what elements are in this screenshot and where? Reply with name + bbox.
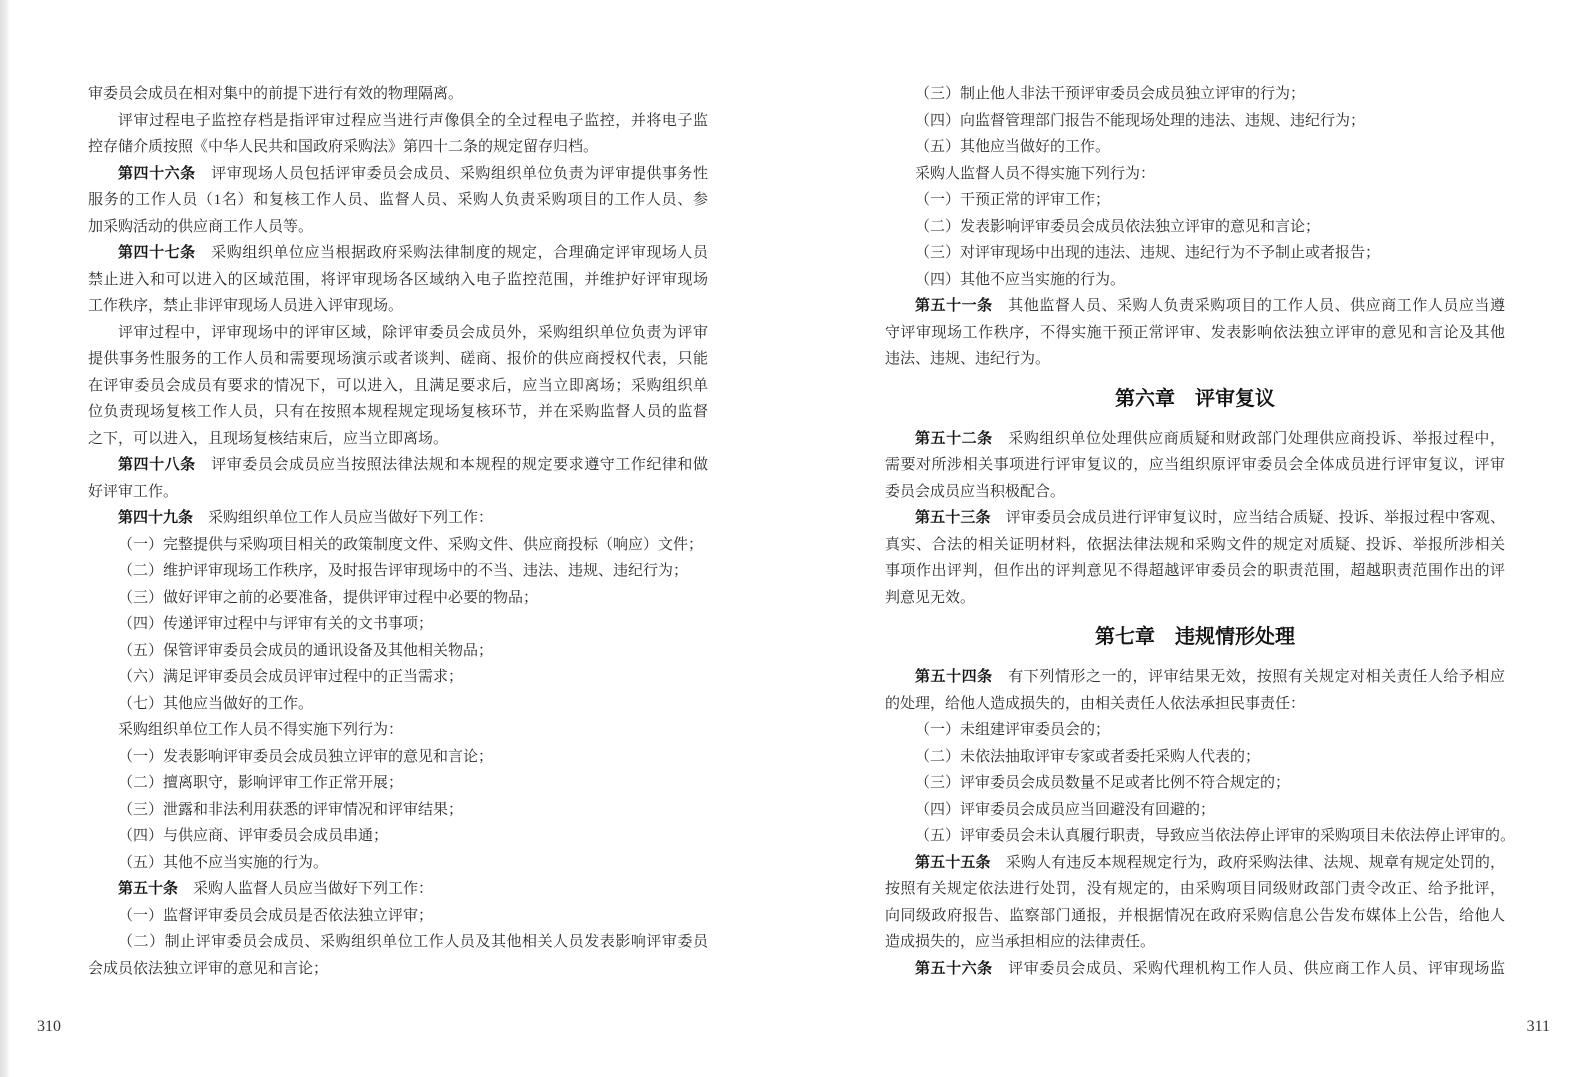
text-line: 向同级政府报告、监察部门通报，并根据情况在政府采购信息公告发布媒体上公告，给他人: [885, 903, 1505, 930]
text-line: 工作秩序，禁止非评审现场人员进入评审现场。: [88, 293, 708, 320]
text-line: （二）维护评审现场工作秩序，及时报告评审现场中的不当、违法、违规、违纪行为；: [88, 558, 708, 585]
text-line: 第五十三条 评审委员会成员进行评审复议时，应当结合质疑、投诉、举报过程中客观、: [885, 505, 1505, 532]
text-line: 第五十二条 采购组织单位处理供应商质疑和财政部门处理供应商投诉、举报过程中，: [885, 426, 1505, 453]
text-line: 造成损失的，应当承担相应的法律责任。: [885, 929, 1505, 956]
text-line: 第五十条 采购人监督人员应当做好下列工作：: [88, 876, 708, 903]
article-number: 第五十五条: [915, 854, 991, 871]
chapter-heading: 第七章 违规情形处理: [885, 611, 1505, 664]
text-line: （一）监督评审委员会成员是否依法独立评审；: [88, 903, 708, 930]
text-line: 判意见无效。: [885, 585, 1505, 612]
text-line: 的处理，给他人造成损失的，由相关责任人依法承担民事责任：: [885, 691, 1505, 718]
text-line: 审委员会成员在相对集中的前提下进行有效的物理隔离。: [88, 81, 708, 108]
text-line: 加采购活动的供应商工作人员等。: [88, 214, 708, 241]
text-line: （五）评审委员会未认真履行职责，导致应当依法停止评审的采购项目未依法停止评审的。: [885, 823, 1505, 850]
text-line: 第四十八条 评审委员会成员应当按照法律法规和本规程的规定要求遵守工作纪律和做: [88, 452, 708, 479]
text-line: （二）制止评审委员会成员、采购组织单位工作人员及其他相关人员发表影响评审委员: [88, 929, 708, 956]
text-line: 第五十五条 采购人有违反本规程规定行为，政府采购法律、法规、规章有规定处罚的，: [885, 850, 1505, 877]
text-line: 评审过程中，评审现场中的评审区域，除评审委员会成员外，采购组织单位负责为评审: [88, 320, 708, 347]
text-line: （三）制止他人非法干预评审委员会成员独立评审的行为；: [885, 81, 1505, 108]
text-line: （四）向监督管理部门报告不能现场处理的违法、违规、违纪行为；: [885, 108, 1505, 135]
text-line: （二）未依法抽取评审专家或者委托采购人代表的；: [885, 744, 1505, 771]
text-line: （三）泄露和非法利用获悉的评审情况和评审结果；: [88, 797, 708, 824]
text-line: （四）评审委员会成员应当回避没有回避的；: [885, 797, 1505, 824]
text-line: （四）与供应商、评审委员会成员串通；: [88, 823, 708, 850]
text-line: 真实、合法的相关证明材料，依据法律法规和采购文件的规定对质疑、投诉、举报所涉相关: [885, 532, 1505, 559]
page-right-text-column: （三）制止他人非法干预评审委员会成员独立评审的行为；（四）向监督管理部门报告不能…: [885, 81, 1505, 982]
text-line: 第四十六条 评审现场人员包括评审委员会成员、采购组织单位负责为评审提供事务性: [88, 161, 708, 188]
text-line: 第四十七条 采购组织单位应当根据政府采购法律制度的规定，合理确定评审现场人员: [88, 240, 708, 267]
text-line: 采购人监督人员不得实施下列行为：: [885, 161, 1505, 188]
chapter-heading: 第六章 评审复议: [885, 373, 1505, 426]
text-line: 在评审委员会成员有要求的情况下，可以进入，且满足要求后，应当立即离场；采购组织单: [88, 373, 708, 400]
article-number: 第四十六条: [118, 165, 196, 182]
text-line: 事项作出评判，但作出的评判意见不得超越评审委员会的职责范围，超越职责范围作出的评: [885, 558, 1505, 585]
text-line: 按照有关规定依法进行处罚，没有规定的，由采购项目同级财政部门责令改正、给予批评，: [885, 876, 1505, 903]
article-number: 第五十一条: [915, 297, 993, 314]
text-line: 违法、违规、违纪行为。: [885, 346, 1505, 373]
article-number: 第五十条: [118, 880, 178, 897]
text-line: （四）传递评审过程中与评审有关的文书事项；: [88, 611, 708, 638]
text-line: 采购组织单位工作人员不得实施下列行为：: [88, 717, 708, 744]
text-line: 服务的工作人员（1名）和复核工作人员、监督人员、采购人负责采购项目的工作人员、参: [88, 187, 708, 214]
article-number: 第五十二条: [915, 430, 993, 447]
text-line: （一）干预正常的评审工作；: [885, 187, 1505, 214]
text-line: 禁止进入和可以进入的区域范围，将评审现场各区域纳入电子监控范围，并维护好评审现场: [88, 267, 708, 294]
text-line: （一）未组建评审委员会的；: [885, 717, 1505, 744]
text-line: 第五十六条 评审委员会成员、采购代理机构工作人员、供应商工作人员、评审现场监: [885, 956, 1505, 983]
text-line: （二）擅离职守，影响评审工作正常开展；: [88, 770, 708, 797]
text-line: （三）做好评审之前的必要准备，提供评审过程中必要的物品；: [88, 585, 708, 612]
text-line: （五）保管评审委员会成员的通讯设备及其他相关物品；: [88, 638, 708, 665]
text-line: （三）评审委员会成员数量不足或者比例不符合规定的；: [885, 770, 1505, 797]
page-edge-shading: [0, 0, 10, 1077]
text-line: 好评审工作。: [88, 479, 708, 506]
text-line: 需要对所涉相关事项进行评审复议的，应当组织原评审委员会全体成员进行评审复议，评审: [885, 452, 1505, 479]
page-number-right: 311: [1527, 1018, 1550, 1036]
text-line: 之下，可以进入，且现场复核结束后，应当立即离场。: [88, 426, 708, 453]
text-line: （七）其他应当做好的工作。: [88, 691, 708, 718]
text-line: 评审过程电子监控存档是指评审过程应当进行声像俱全的全过程电子监控，并将电子监: [88, 108, 708, 135]
text-line: （六）满足评审委员会成员评审过程中的正当需求；: [88, 664, 708, 691]
text-line: 第五十一条 其他监督人员、采购人负责采购项目的工作人员、供应商工作人员应当遵: [885, 293, 1505, 320]
text-line: （一）完整提供与采购项目相关的政策制度文件、采购文件、供应商投标（响应）文件；: [88, 532, 708, 559]
article-number: 第四十七条: [118, 244, 196, 261]
text-line: 提供事务性服务的工作人员和需要现场演示或者谈判、磋商、报价的供应商授权代表，只能: [88, 346, 708, 373]
text-line: 位负责现场复核工作人员，只有在按照本规程规定现场复核环节，并在采购监督人员的监督: [88, 399, 708, 426]
text-line: （三）对评审现场中出现的违法、违规、违纪行为不予制止或者报告；: [885, 240, 1505, 267]
article-number: 第四十八条: [118, 456, 196, 473]
book-spread: 审委员会成员在相对集中的前提下进行有效的物理隔离。评审过程电子监控存档是指评审过…: [0, 0, 1587, 1077]
page-left-text-column: 审委员会成员在相对集中的前提下进行有效的物理隔离。评审过程电子监控存档是指评审过…: [88, 81, 708, 982]
text-line: （二）发表影响评审委员会成员依法独立评审的意见和言论；: [885, 214, 1505, 241]
article-number: 第五十四条: [915, 668, 993, 685]
page-number-left: 310: [37, 1018, 61, 1036]
article-number: 第五十六条: [915, 960, 993, 977]
article-number: 第五十三条: [915, 509, 991, 526]
text-line: 控存储介质按照《中华人民共和国政府采购法》第四十二条的规定留存归档。: [88, 134, 708, 161]
article-number: 第四十九条: [118, 509, 193, 526]
text-line: （五）其他不应当实施的行为。: [88, 850, 708, 877]
text-line: 第五十四条 有下列情形之一的，评审结果无效，按照有关规定对相关责任人给予相应: [885, 664, 1505, 691]
text-line: 守评审现场工作秩序，不得实施干预正常评审、发表影响依法独立评审的意见和言论及其他: [885, 320, 1505, 347]
text-line: 会成员依法独立评审的意见和言论；: [88, 956, 708, 983]
text-line: 委员会成员应当积极配合。: [885, 479, 1505, 506]
text-line: （五）其他应当做好的工作。: [885, 134, 1505, 161]
text-line: （一）发表影响评审委员会成员独立评审的意见和言论；: [88, 744, 708, 771]
text-line: （四）其他不应当实施的行为。: [885, 267, 1505, 294]
text-line: 第四十九条 采购组织单位工作人员应当做好下列工作：: [88, 505, 708, 532]
